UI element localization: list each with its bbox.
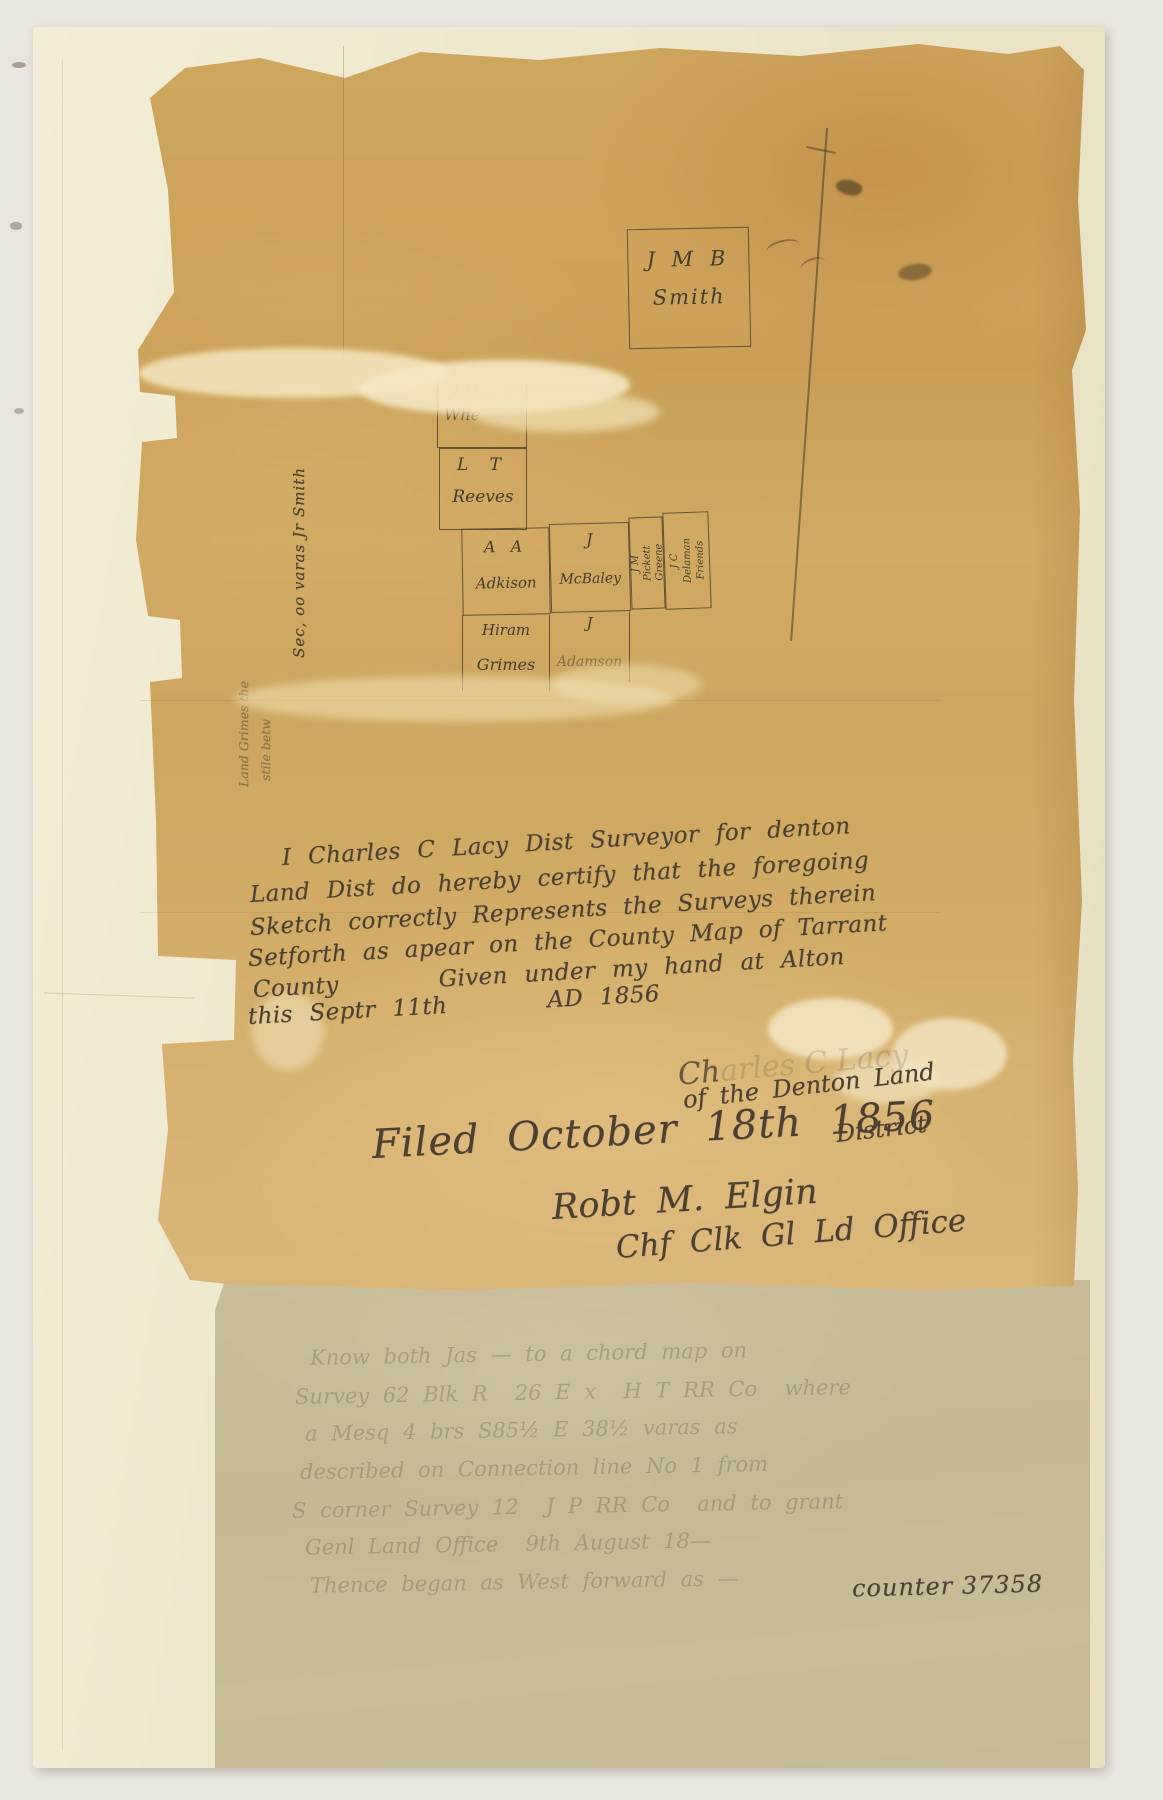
plot-strip-delaman: J C Delaman Friends: [662, 511, 711, 610]
plot-label: Hiram: [463, 621, 549, 639]
plot-grimes: Hiram Grimes: [462, 615, 550, 691]
plot-label: Whe: [444, 405, 526, 424]
plot-mcbaley: J McBaley: [549, 522, 631, 613]
left-margin-note-line2: stile betw: [258, 666, 273, 781]
plot-label: Grimes: [463, 655, 549, 674]
plot-label: A A: [462, 536, 548, 556]
plot-adamson: J Adamson: [550, 612, 630, 682]
plot-label-rotated: J C: [667, 513, 681, 608]
plot-label: J: [550, 614, 629, 632]
document-scan: J M B Smith 1 ½ Whe L T Reeves A A Adkis…: [0, 0, 1163, 1800]
plot-strip-pickett: J M Pickett Greene: [628, 516, 665, 609]
plot-label-rotated: Delaman: [680, 513, 694, 608]
fold-crease: [343, 46, 344, 364]
edge-speck: [10, 222, 22, 230]
plot-reeves: L T Reeves: [439, 448, 527, 530]
backing-crease: [62, 60, 63, 1750]
plot-label: 1 ½: [452, 383, 526, 399]
plot-smith: J M B Smith: [627, 227, 751, 350]
plot-label: Adamson: [550, 654, 629, 670]
plot-adkison: A A Adkison: [461, 527, 551, 616]
left-margin-note-line1: Land Grimes the: [236, 662, 251, 787]
edge-speck: [12, 62, 26, 68]
plot-label: McBaley: [551, 570, 629, 588]
plot-label-rotated: Friends: [693, 512, 707, 607]
plot-label: Reeves: [440, 487, 526, 507]
varas-margin-note: Sec, oo varas Jr Smith: [290, 418, 308, 658]
plot-label: Adkison: [463, 573, 549, 592]
plot-label: J: [550, 529, 628, 550]
plot-label: Smith: [629, 284, 749, 311]
plot-wheeler-fragment: 1 ½ Whe: [437, 383, 527, 448]
plot-label: J M B: [628, 246, 748, 273]
counter-number: counter 37358: [852, 1570, 1044, 1603]
plot-label: L T: [440, 455, 526, 475]
edge-speck: [14, 408, 24, 414]
